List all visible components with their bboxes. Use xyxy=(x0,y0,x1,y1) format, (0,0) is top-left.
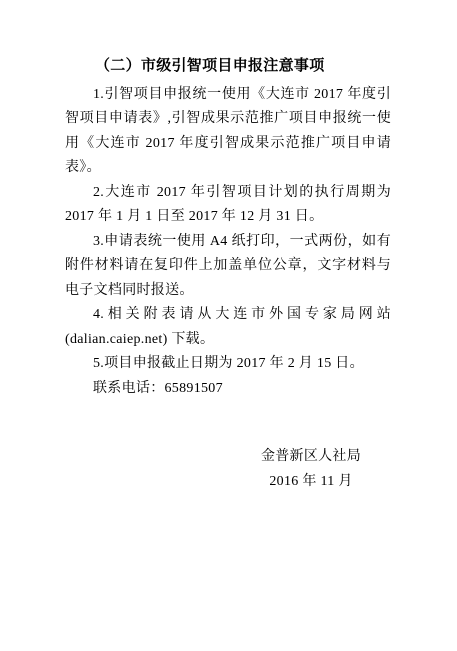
signature-block: 金普新区人社局 2016 年 11 月 xyxy=(231,444,391,494)
signature-date: 2016 年 11 月 xyxy=(231,469,391,494)
paragraph-application-forms: 1.引智项目申报统一使用《大连市 2017 年度引智项目申请表》,引智成果示范推… xyxy=(65,83,391,181)
section-heading: （二）市级引智项目申报注意事项 xyxy=(65,54,391,79)
signature-organization: 金普新区人社局 xyxy=(231,444,391,469)
contact-phone: 联系电话：65891507 xyxy=(65,377,391,402)
document-page: （二）市级引智项目申报注意事项 1.引智项目申报统一使用《大连市 2017 年度… xyxy=(0,0,457,651)
paragraph-deadline: 5.项目申报截止日期为 2017 年 2 月 15 日。 xyxy=(65,352,391,377)
paragraph-execution-period: 2.大连市 2017 年引智项目计划的执行周期为 2017 年 1 月 1 日至… xyxy=(65,181,391,230)
paragraph-download-website: 4.相关附表请从大连市外国专家局网站(dalian.caiep.net) 下载。 xyxy=(65,303,391,352)
paragraph-printing-requirements: 3.申请表统一使用 A4 纸打印，一式两份，如有附件材料请在复印件上加盖单位公章… xyxy=(65,230,391,304)
